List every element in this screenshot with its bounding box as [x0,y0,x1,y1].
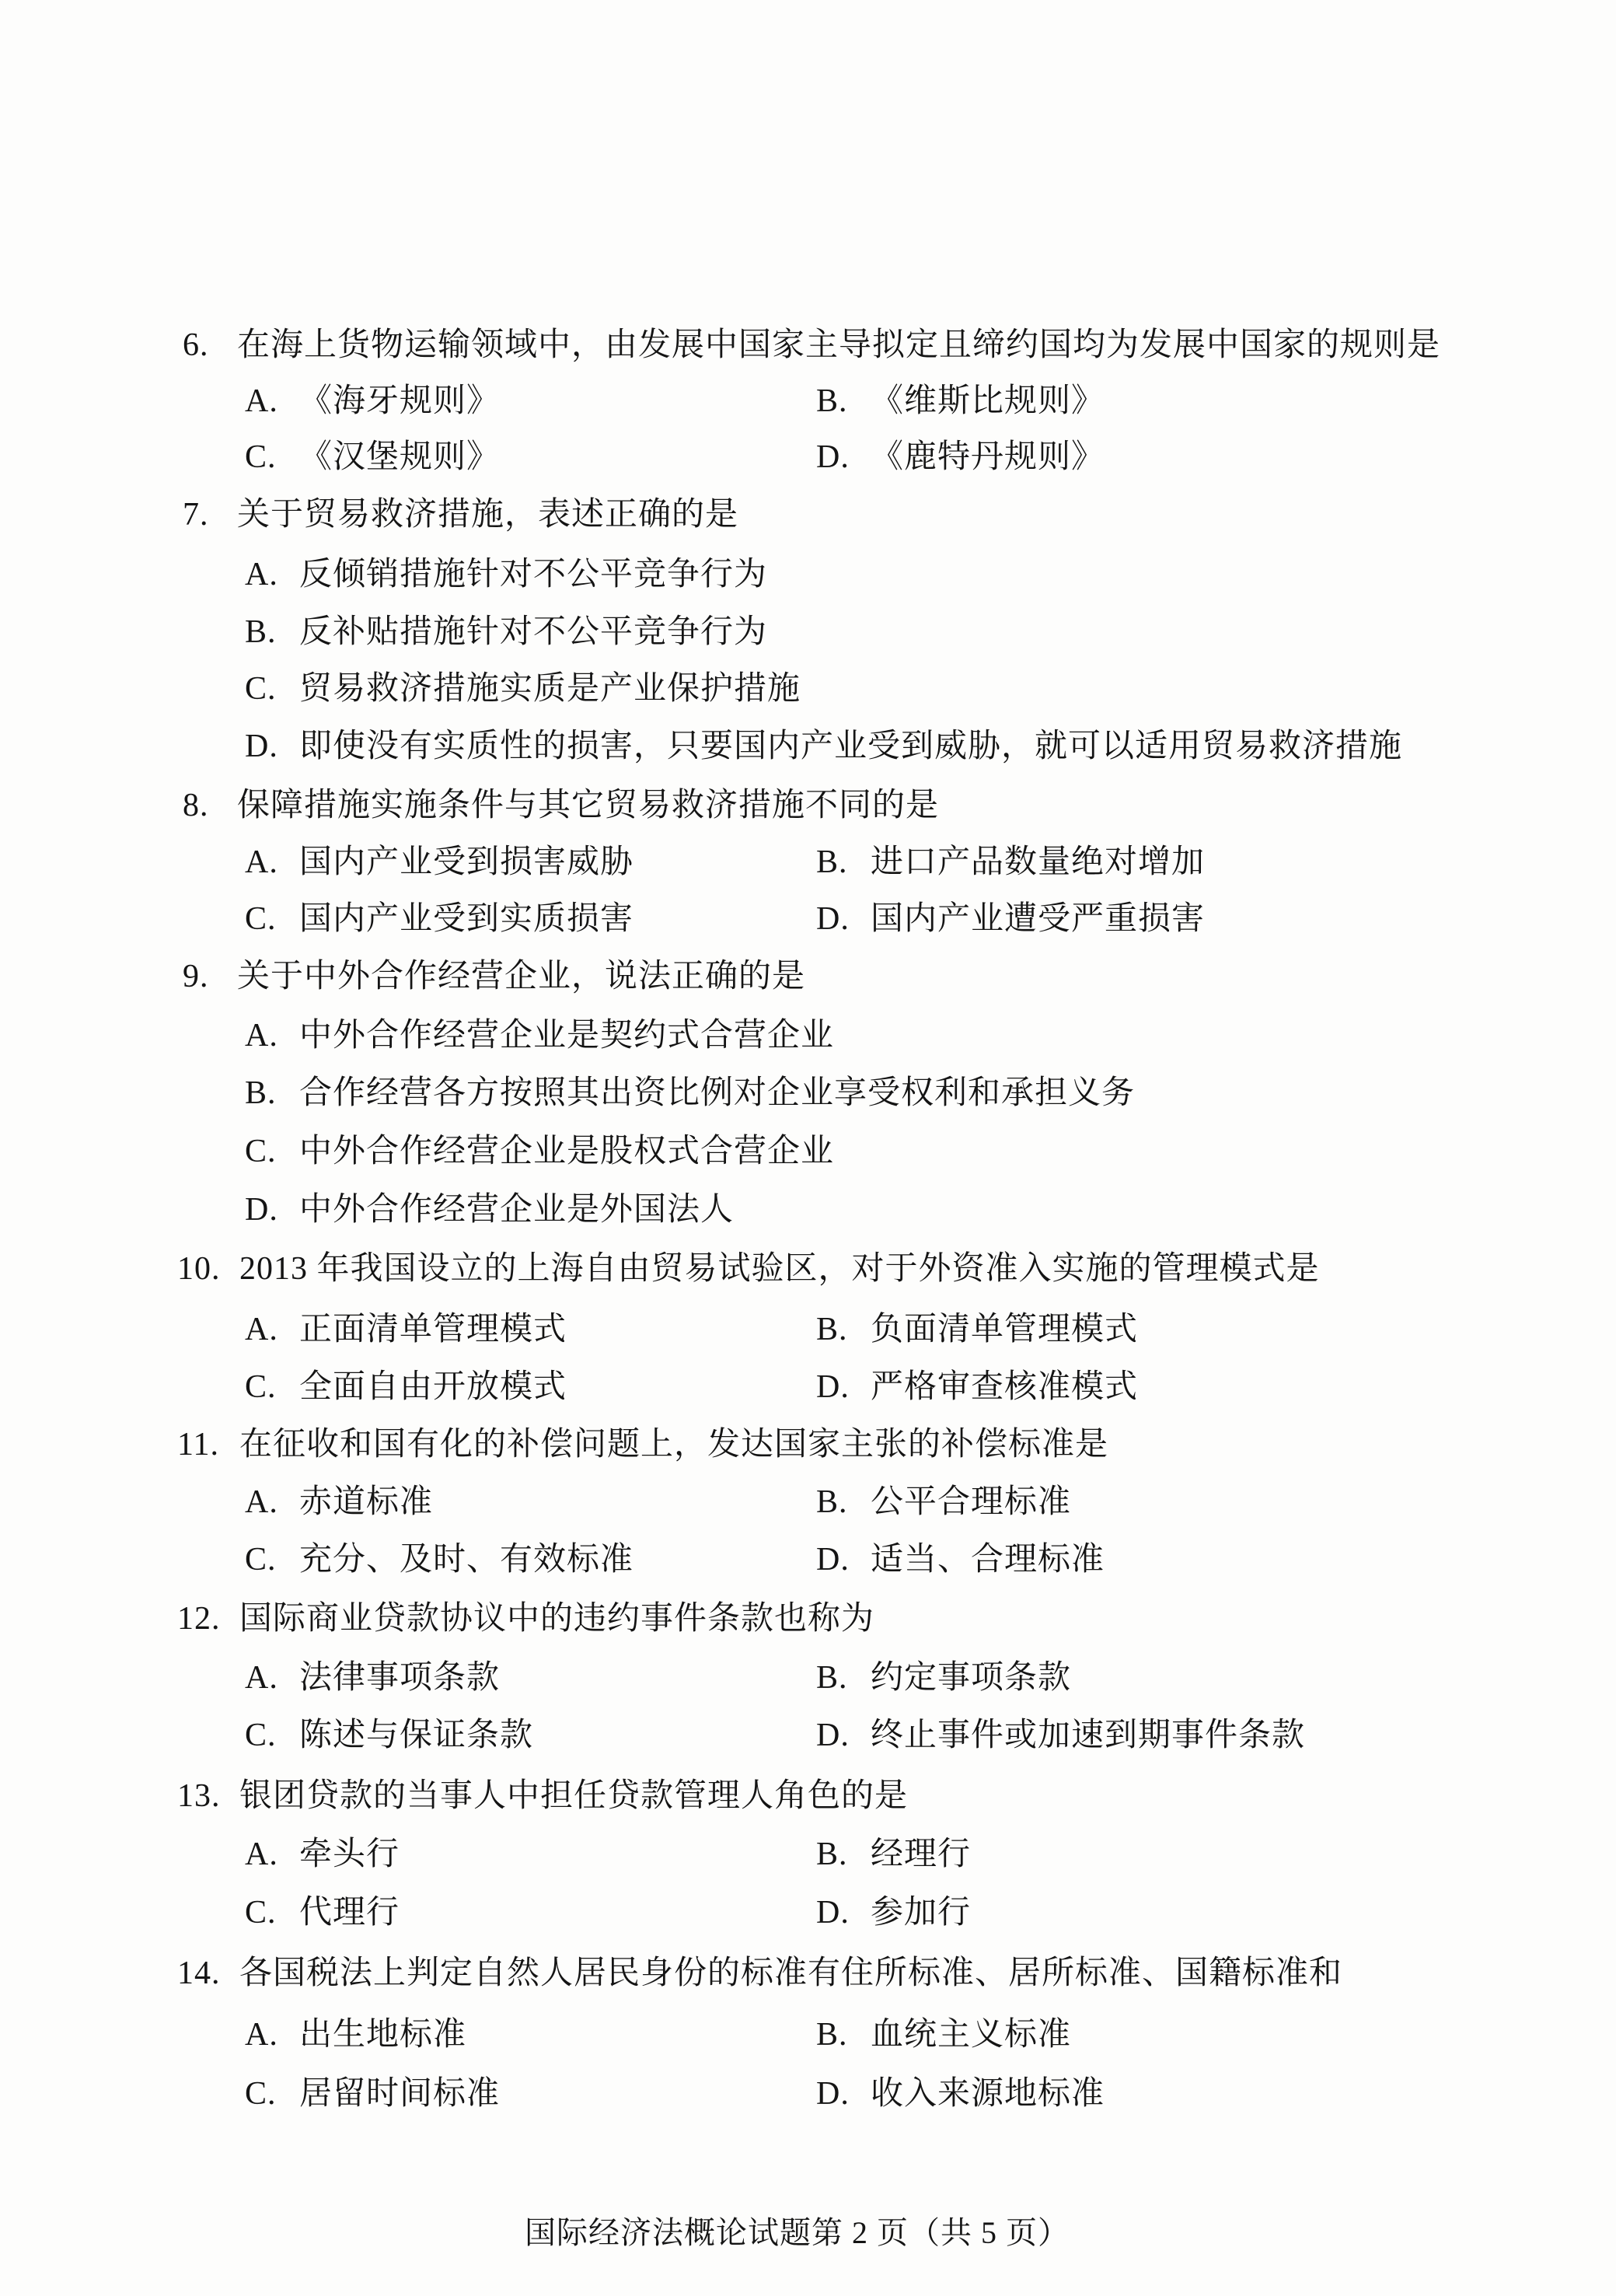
q11-stem-text: 在征收和国有化的补偿问题上，发达国家主张的补偿标准是 [239,1427,1108,1463]
q10-option-d: D.严格审查核准模式 [816,1368,1138,1406]
q12-option-d: D.终止事件或加速到期事件条款 [816,1717,1305,1754]
q9-number: 9. [183,958,237,995]
q7-option-d: D.即使没有实质性的损害，只要国内产业受到威胁，就可以适用贸易救济措施 [245,728,1402,765]
q6-stem: 6.在海上货物运输领域中，由发展中国家主导拟定且缔约国均为发展中国家的规则是 [183,327,1440,364]
q12-option-c: C.陈述与保证条款 [245,1717,533,1754]
q12-number: 12. [177,1600,239,1637]
q11-number: 11. [177,1426,239,1463]
q6-option-d: D.《鹿特丹规则》 [816,439,1105,476]
q8-stem: 8.保障措施实施条件与其它贸易救济措施不同的是 [183,787,939,824]
q11-stem: 11.在征收和国有化的补偿问题上，发达国家主张的补偿标准是 [177,1426,1108,1463]
q13-stem-text: 银团贷款的当事人中担任贷款管理人角色的是 [239,1778,908,1814]
q13-option-c: C.代理行 [245,1894,400,1931]
q8-number: 8. [183,787,237,824]
q8-option-b: B.进口产品数量绝对增加 [816,844,1205,881]
q13-option-a: A.牵头行 [245,1836,400,1873]
q7-option-b: B.反补贴措施针对不公平竞争行为 [245,613,767,651]
q14-option-a: A.出生地标准 [245,2016,466,2053]
page-footer: 国际经济法概论试题第 2 页（共 5 页） [525,2208,1070,2252]
q8-option-d: D.国内产业遭受严重损害 [816,900,1205,938]
q11-option-a: A.赤道标准 [245,1483,433,1521]
q11-option-d: D.适当、合理标准 [816,1541,1105,1578]
q8-option-c: C.国内产业受到实质损害 [245,900,633,938]
exam-page: 6.在海上货物运输领域中，由发展中国家主导拟定且缔约国均为发展中国家的规则是 A… [0,0,1616,2296]
q10-option-b: B.负面清单管理模式 [816,1311,1138,1348]
q7-option-c: C.贸易救济措施实质是产业保护措施 [245,670,801,708]
q9-option-c: C.中外合作经营企业是股权式合营企业 [245,1133,834,1170]
q13-stem: 13.银团贷款的当事人中担任贷款管理人角色的是 [177,1777,908,1815]
q10-option-a: A.正面清单管理模式 [245,1311,567,1348]
q11-option-c: C.充分、及时、有效标准 [245,1541,633,1578]
q6-option-a: A.《海牙规则》 [245,383,500,420]
q7-stem-text: 关于贸易救济措施，表述正确的是 [237,497,738,533]
q13-number: 13. [177,1777,239,1815]
q9-stem-text: 关于中外合作经营企业，说法正确的是 [237,959,805,994]
q13-option-b: B.经理行 [816,1836,971,1873]
q12-option-a: A.法律事项条款 [245,1659,500,1697]
q14-option-c: C.居留时间标准 [245,2075,500,2113]
q6-stem-text: 在海上货物运输领域中，由发展中国家主导拟定且缔约国均为发展中国家的规则是 [237,327,1440,363]
q13-option-d: D.参加行 [816,1894,971,1931]
q6-option-c: C.《汉堡规则》 [245,439,500,476]
q11-option-b: B.公平合理标准 [816,1483,1071,1521]
q14-stem: 14.各国税法上判定自然人居民身份的标准有住所标准、居所标准、国籍标准和 [177,1955,1342,1992]
q14-option-b: B.血统主义标准 [816,2016,1071,2053]
q12-stem-text: 国际商业贷款协议中的违约事件条款也称为 [239,1601,874,1637]
q7-stem: 7.关于贸易救济措施，表述正确的是 [183,496,738,533]
q10-stem-text: 2013 年我国设立的上海自由贸易试验区，对于外资准入实施的管理模式是 [239,1251,1320,1287]
q9-option-b: B.合作经营各方按照其出资比例对企业享受权利和承担义务 [245,1075,1135,1112]
q14-stem-text: 各国税法上判定自然人居民身份的标准有住所标准、居所标准、国籍标准和 [239,1955,1342,1991]
q12-option-b: B.约定事项条款 [816,1659,1071,1697]
q12-stem: 12.国际商业贷款协议中的违约事件条款也称为 [177,1600,874,1637]
q6-number: 6. [183,327,237,364]
q7-option-a: A.反倾销措施针对不公平竞争行为 [245,556,767,593]
q6-option-b: B.《维斯比规则》 [816,383,1105,420]
q10-stem: 10.2013 年我国设立的上海自由贸易试验区，对于外资准入实施的管理模式是 [177,1250,1320,1288]
q9-option-a: A.中外合作经营企业是契约式合营企业 [245,1017,834,1054]
q9-stem: 9.关于中外合作经营企业，说法正确的是 [183,958,805,995]
q9-option-d: D.中外合作经营企业是外国法人 [245,1191,734,1228]
q7-number: 7. [183,496,237,533]
q10-number: 10. [177,1250,239,1288]
q8-option-a: A.国内产业受到损害威胁 [245,844,633,881]
q10-option-c: C.全面自由开放模式 [245,1368,567,1406]
q14-number: 14. [177,1955,239,1992]
q14-option-d: D.收入来源地标准 [816,2075,1105,2113]
q8-stem-text: 保障措施实施条件与其它贸易救济措施不同的是 [237,788,939,823]
